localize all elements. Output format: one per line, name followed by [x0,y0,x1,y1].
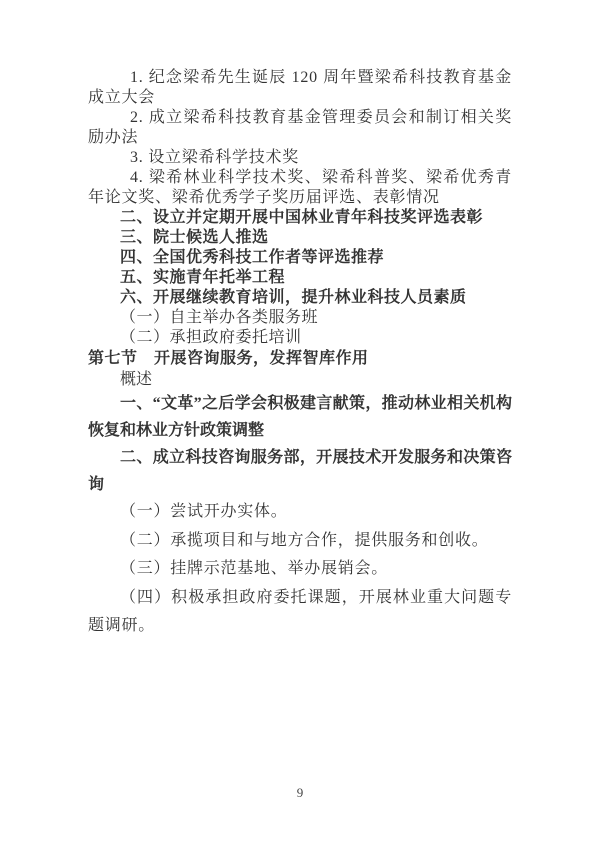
sub-item-s7-2: （二）承揽项目和与地方合作，提供服务和创收。 [88,527,512,556]
heading-s7-2: 二、成立科技咨询服务部，开展技术开发服务和决策咨询 [88,444,512,498]
numbered-item-3: 3. 设立梁希科学技术奖 [88,148,512,168]
sub-item-1: （一）自主举办各类服务班 [88,308,512,328]
document-body: 1. 纪念梁希先生诞辰 120 周年暨梁希科技教育基金成立大会 2. 成立梁希科… [88,68,512,641]
sub-item-s7-1: （一）尝试开办实体。 [88,498,512,527]
numbered-item-1: 1. 纪念梁希先生诞辰 120 周年暨梁希科技教育基金成立大会 [88,68,512,108]
document-page: 1. 纪念梁希先生诞辰 120 周年暨梁希科技教育基金成立大会 2. 成立梁希科… [0,0,600,848]
heading-4: 四、全国优秀科技工作者等评选推荐 [88,248,512,268]
sub-item-s7-3: （三）挂牌示范基地、举办展销会。 [88,555,512,584]
heading-s7-1: 一、“文革”之后学会积极建言献策，推动林业相关机构恢复和林业方针政策调整 [88,390,512,444]
heading-6: 六、开展继续教育培训，提升林业科技人员素质 [88,288,512,308]
heading-2: 二、设立并定期开展中国林业青年科技奖评选表彰 [88,208,512,228]
sub-item-2: （二）承担政府委托培训 [88,328,512,348]
numbered-item-2: 2. 成立梁希科技教育基金管理委员会和制订相关奖励办法 [88,108,512,148]
sub-item-s7-4: （四）积极承担政府委托课题，开展林业重大问题专题调研。 [88,584,512,641]
heading-3: 三、院士候选人推选 [88,228,512,248]
heading-5: 五、实施青年托举工程 [88,268,512,288]
page-number: 9 [0,785,600,801]
numbered-item-4: 4. 梁希林业科学技术奖、梁希科普奖、梁希优秀青年论文奖、梁希优秀学子奖历届评选… [88,168,512,208]
overview-label: 概述 [88,370,512,390]
section-heading-7: 第七节 开展咨询服务，发挥智库作用 [88,348,512,370]
